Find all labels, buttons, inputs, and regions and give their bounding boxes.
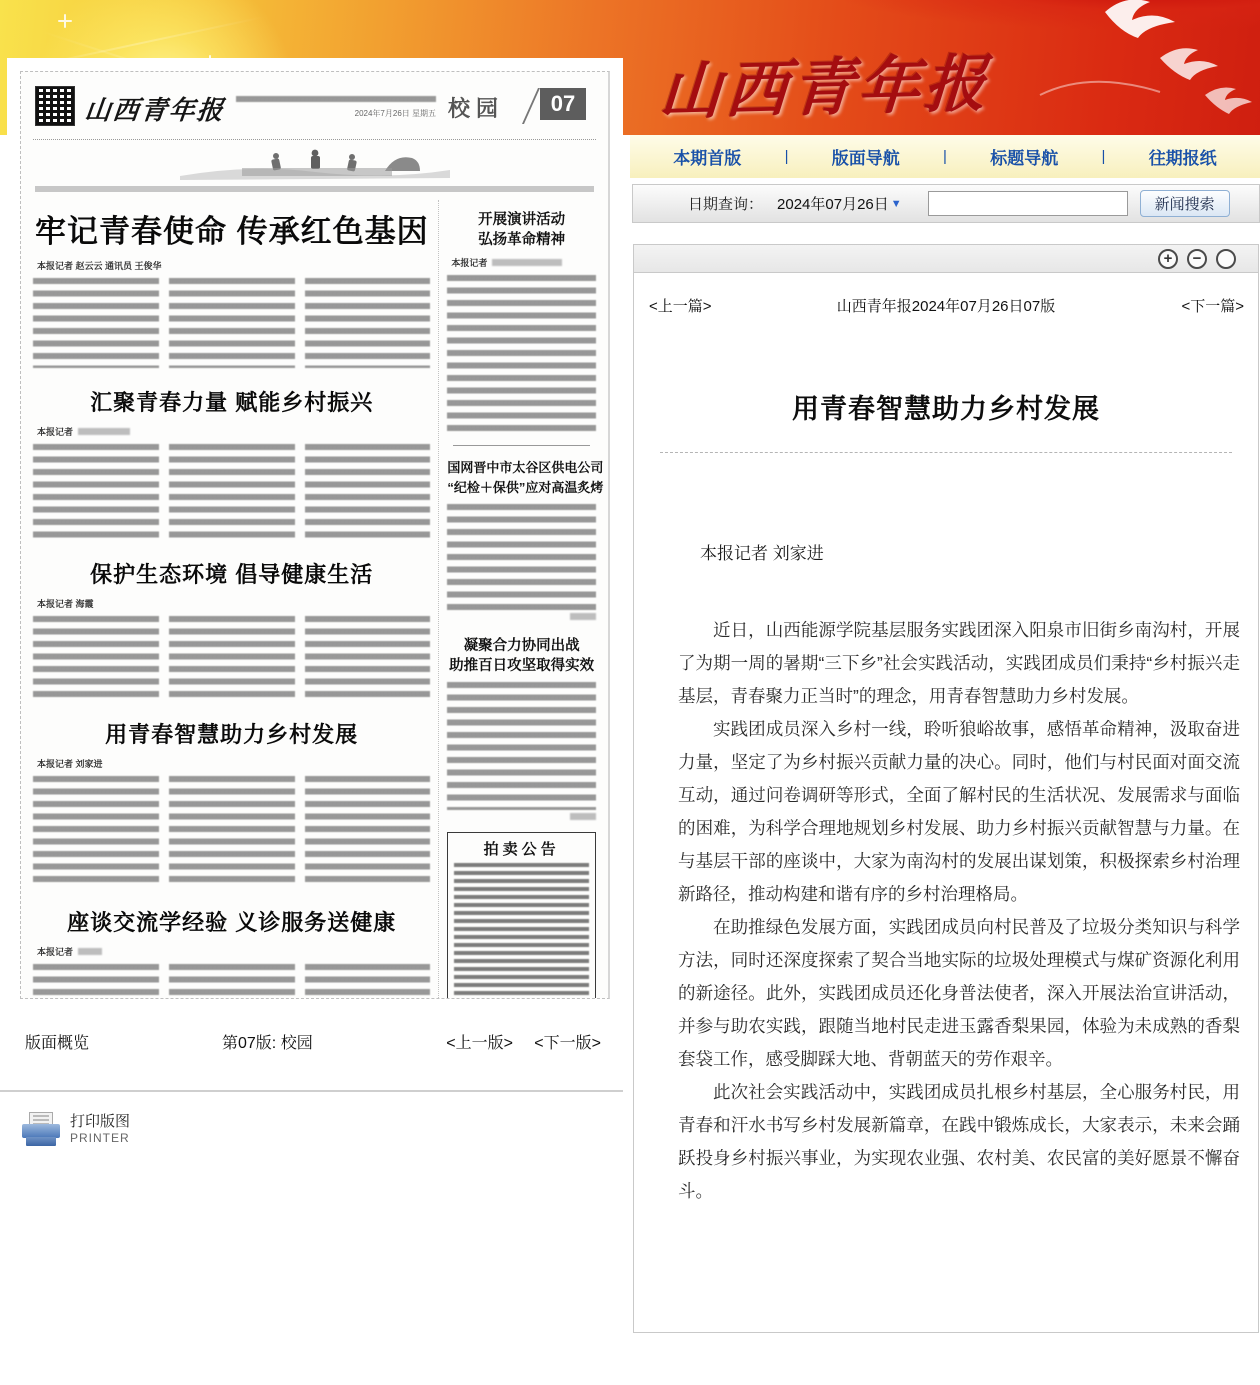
zoom-out-icon[interactable]: − <box>1187 249 1207 269</box>
layout-overview-link[interactable]: 版面概览 <box>25 1030 89 1053</box>
simulated-text <box>447 682 596 810</box>
site-logo: 山西青年报 <box>657 34 993 132</box>
current-page-label: 第07版: 校园 <box>222 1030 313 1053</box>
simulated-text-columns <box>33 964 430 999</box>
page-preview-panel: 山西青年报 2024年7月26日 星期五 校园 07 牢记青春使命 传承红色基因… <box>7 58 623 1012</box>
print-label: 打印版图 <box>70 1113 130 1130</box>
paper-headline-section[interactable]: 座谈交流学经验 义诊服务送健康 <box>33 906 430 937</box>
paper-byline: 本报记者 海霞 <box>37 597 430 610</box>
article-body: 本报记者 刘家进 近日，山西能源学院基层服务实践团深入阳泉市旧街乡南沟村，开展了… <box>634 539 1258 1208</box>
next-article-link[interactable]: <下一篇> <box>1181 295 1244 316</box>
paper-logo: 山西青年报 <box>83 90 227 127</box>
reset-view-icon[interactable] <box>1216 249 1236 269</box>
simulated-text <box>447 504 596 610</box>
date-search-bar: 日期查询： 2024年07月26日 ▼ 新闻搜索 <box>632 184 1260 223</box>
qr-code-icon <box>35 86 75 126</box>
nav-page-navigation[interactable]: 版面导航 <box>832 144 900 169</box>
footer-divider <box>0 1090 623 1092</box>
article-paragraph: 在助推绿色发展方面，实践团成员向村民普及了垃圾分类知识与科学方法，同时还深度探索… <box>678 911 1240 1076</box>
masthead-date: 2024年7月26日 星期五 <box>355 108 436 119</box>
simulated-text-columns <box>33 278 430 368</box>
paper-headline-side[interactable]: 凝聚合力协同出战 助推百日攻坚取得实效 <box>447 636 596 676</box>
auction-notice-box[interactable]: 拍卖公告 <box>447 832 596 999</box>
issue-line: 山西青年报2024年07月26日07版 <box>634 295 1258 316</box>
printer-icon <box>22 1112 60 1148</box>
article-paragraph: 实践团成员深入乡村一线，聆听狼峪故事，感悟革命精神，汲取奋进力量，坚定了为乡村振… <box>678 713 1240 911</box>
column-divider <box>453 445 590 446</box>
print-layout-button[interactable]: 打印版图 PRINTER <box>22 1112 130 1148</box>
nav-separator: | <box>785 148 789 165</box>
newspaper-page[interactable]: 山西青年报 2024年7月26日 星期五 校园 07 牢记青春使命 传承红色基因… <box>20 71 610 999</box>
simulated-text-columns <box>33 444 430 540</box>
article-panel: + − <上一篇> 山西青年报2024年07月26日07版 <下一篇> 用青春智… <box>633 244 1259 1333</box>
paper-headline-main[interactable]: 牢记青春使命 传承红色基因 <box>35 206 430 251</box>
slash-divider <box>522 88 540 124</box>
masthead-credits-simulated <box>236 96 436 103</box>
date-query-label: 日期查询： <box>688 193 763 214</box>
paper-headline-section[interactable]: 汇聚青春力量 赋能乡村振兴 <box>33 386 430 417</box>
paper-byline: 本报记者 赵云云 通讯员 王俊华 <box>37 259 430 272</box>
paper-byline: 本报记者 <box>451 256 596 269</box>
paper-byline: 本报记者 <box>37 425 430 438</box>
paper-byline: 本报记者 <box>37 945 430 958</box>
paper-byline: 本报记者 刘家进 <box>37 757 430 770</box>
zoom-in-icon[interactable]: + <box>1158 249 1178 269</box>
nav-title-navigation[interactable]: 标题导航 <box>990 144 1058 169</box>
simulated-text-columns <box>33 616 430 700</box>
nav-current-frontpage[interactable]: 本期首版 <box>673 144 741 169</box>
nav-separator: | <box>1102 148 1106 165</box>
search-input[interactable] <box>928 191 1128 216</box>
chevron-down-icon[interactable]: ▼ <box>891 198 902 210</box>
nav-separator: | <box>943 148 947 165</box>
title-divider <box>660 452 1232 453</box>
signature-simulated <box>447 613 596 620</box>
simulated-text <box>454 863 589 999</box>
news-search-button[interactable]: 新闻搜索 <box>1140 190 1230 217</box>
rule-bar <box>35 186 594 192</box>
paper-headline-section[interactable]: 保护生态环境 倡导健康生活 <box>33 558 430 589</box>
simulated-text-columns <box>33 776 430 888</box>
date-dropdown[interactable]: 2024年07月26日 <box>777 193 889 214</box>
print-sublabel: PRINTER <box>70 1130 130 1147</box>
paper-masthead: 山西青年报 2024年7月26日 星期五 校园 07 <box>33 82 596 140</box>
decorative-illustration <box>33 140 596 184</box>
signature-simulated <box>447 813 596 820</box>
simulated-text <box>447 275 596 433</box>
article-toolbar: + − <box>634 245 1258 273</box>
article-title: 用青春智慧助力乡村发展 <box>634 387 1258 426</box>
doves-icon <box>1010 0 1260 130</box>
article-byline: 本报记者 刘家进 <box>700 539 1240 564</box>
nav-past-issues[interactable]: 往期报纸 <box>1149 144 1217 169</box>
next-page-link[interactable]: <下一版> <box>534 1030 601 1053</box>
paper-side-column: 开展演讲活动 弘扬革命精神 本报记者 国网晋中市太谷区供电公司 “纪检＋保供”应… <box>438 200 596 999</box>
article-paragraph: 此次社会实践活动中，实践团成员扎根乡村基层，全心服务村民，用青春和汗水书写乡村发… <box>678 1076 1240 1208</box>
page-number-badge: 07 <box>540 88 586 120</box>
paper-headline-side[interactable]: 开展演讲活动 弘扬革命精神 <box>447 210 596 250</box>
paper-main-column: 牢记青春使命 传承红色基因 本报记者 赵云云 通讯员 王俊华 汇聚青春力量 赋能… <box>33 200 438 999</box>
top-nav: 本期首版 | 版面导航 | 标题导航 | 往期报纸 <box>630 135 1260 178</box>
article-paragraph: 近日，山西能源学院基层服务实践团深入阳泉市旧街乡南沟村，开展了为期一周的暑期“三… <box>678 614 1240 713</box>
auction-title: 拍卖公告 <box>454 838 589 859</box>
article-navigation: <上一篇> 山西青年报2024年07月26日07版 <下一篇> <box>634 281 1258 327</box>
prev-page-link[interactable]: <上一版> <box>446 1030 513 1053</box>
paper-headline-side[interactable]: 国网晋中市太谷区供电公司 “纪检＋保供”应对高温炙烤 <box>447 458 596 498</box>
page-preview-footer: 版面概览 第07版: 校园 <上一版> <下一版> <box>0 1022 623 1062</box>
paper-headline-section[interactable]: 用青春智慧助力乡村发展 <box>33 718 430 749</box>
section-name: 校园 <box>448 92 504 123</box>
sparkle-icon <box>58 14 72 28</box>
